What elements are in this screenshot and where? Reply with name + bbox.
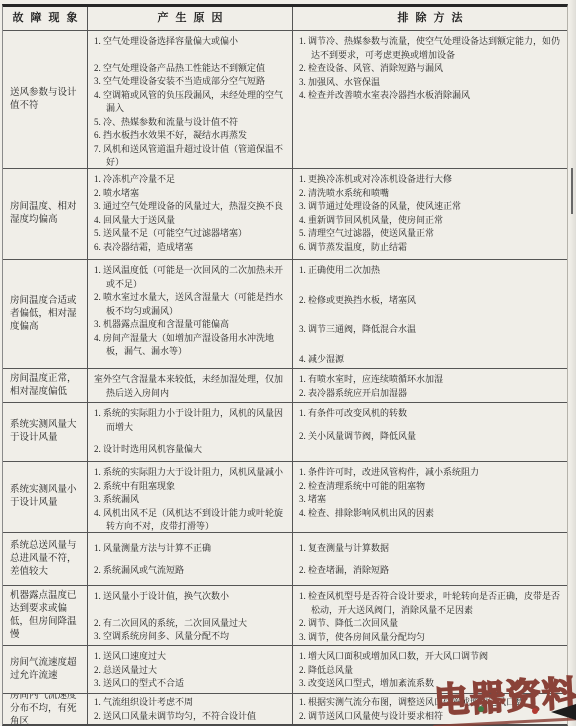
causes-cell: 1. 送风温度低（可能是一次回风的二次加热未开或不足）2. 喷水室过水量大，送风… <box>88 260 293 368</box>
table-row: 送风参数与设计值不符 1. 空气处理设备选择容量偏大或偏小2. 空气处理设备产品… <box>3 31 567 169</box>
fault-cell: 房间内气流速度分布不均，有死角区 <box>3 694 88 724</box>
causes-cell: 1. 空气处理设备选择容量偏大或偏小2. 空气处理设备产品热工性能达不到额定值3… <box>88 31 293 168</box>
fault-cell: 机器露点温度已达到要求或偏低，但房间降温慢 <box>3 586 88 645</box>
fault-cell: 送风参数与设计值不符 <box>3 31 88 168</box>
causes-cell: 1. 风量测量方法与计算不正确2. 系统漏风或气流短路 <box>88 533 293 585</box>
remedies-cell: 1. 调节冷、热媒参数与流量，使空气处理设备达到额定能力，如仍达不到要求，可考虑… <box>293 31 567 168</box>
fault-cell: 房间温度合适或者偏低，相对湿度偏高 <box>3 260 88 368</box>
header-fault: 故障现象 <box>3 7 88 30</box>
header-cause: 产生原因 <box>88 7 293 30</box>
table-row: 系统实测风量小于设计风量 1. 系统的实际阻力大于设计阻力，风机风量减小2. 系… <box>3 462 567 533</box>
header-remedy: 排除方法 <box>293 7 567 30</box>
table-header-row: 故障现象 产生原因 排除方法 <box>3 7 567 31</box>
causes-cell: 1. 送风量小于设计值，换气次数小2. 有二次回风的系统，二次回风量过大3. 空… <box>88 586 293 645</box>
table-row: 系统总送风量与总进风量不符，差值较大 1. 风量测量方法与计算不正确2. 系统漏… <box>3 533 567 586</box>
causes-cell: 1. 气流组织设计考虑不周2. 送风口风量未调节均匀，不符合设计值 <box>88 694 293 724</box>
fault-cell: 房间温度正常，相对湿度偏低 <box>3 369 88 402</box>
causes-cell: 1. 系统的实际阻力小于设计阻力，风机的风量因而增大2. 设计时选用风机容量偏大 <box>88 403 293 461</box>
remedies-cell: 1. 有喷水室时，应连续喷循环水加湿2. 表冷器系统应开启加湿器 <box>293 369 567 402</box>
table-row: 机器露点温度已达到要求或偏低，但房间降温慢 1. 送风量小于设计值，换气次数小2… <box>3 586 567 646</box>
remedies-cell: 1. 更换冷冻机或对冷冻机设备进行大修2. 清洗喷水系统和喷嘴3. 调节通过处理… <box>293 169 567 259</box>
fault-cell: 系统总送风量与总进风量不符，差值较大 <box>3 533 88 585</box>
left-arrow-icon <box>551 704 576 720</box>
watermark-dot-green <box>478 706 484 712</box>
fault-cell: 系统实测风量小于设计风量 <box>3 462 88 532</box>
remedies-cell: 1. 正确使用二次加热2. 检修或更换挡水板，堵塞风3. 调节三通阀，降低混合水… <box>293 260 567 368</box>
causes-cell: 室外空气含湿量本来较低，未经加湿处理，仅加热后送入房间内 <box>88 369 293 402</box>
remedies-cell: 1. 条件许可时，改进风管构件，减小系统阻力2. 检查清理系统中可能的阻塞物3.… <box>293 462 567 532</box>
remedies-cell: 1. 检查风机型号是否符合设计要求，叶轮转向是否正确，皮带是否松动，开大送风阀门… <box>293 586 567 645</box>
fault-cell: 房间温度、相对湿度均偏高 <box>3 169 88 259</box>
table-row: 房间温度合适或者偏低，相对湿度偏高 1. 送风温度低（可能是一次回风的二次加热未… <box>3 260 567 369</box>
table-row: 系统实测风量大于设计风量 1. 系统的实际阻力小于设计阻力，风机的风量因而增大2… <box>3 403 567 462</box>
fault-cell: 系统实测风量大于设计风量 <box>3 403 88 461</box>
table-row: 房间温度、相对湿度均偏高 1. 冷冻机产冷量不足2. 喷水堵塞3. 通过空气处理… <box>3 169 567 260</box>
causes-cell: 1. 送风口速度过大2. 总送风量过大3. 送风口的型式不合适 <box>88 646 293 693</box>
watermark-dot-red <box>532 708 538 714</box>
causes-cell: 1. 冷冻机产冷量不足2. 喷水堵塞3. 通过空气处理设备的风量过大，热湿交换不… <box>88 169 293 259</box>
troubleshooting-table: 故障现象 产生原因 排除方法 送风参数与设计值不符 1. 空气处理设备选择容量偏… <box>2 4 568 726</box>
causes-cell: 1. 系统的实际阻力大于设计阻力，风机风量减小2. 系统中有阻塞现象3. 系统漏… <box>88 462 293 532</box>
remedies-cell: 1. 复查测量与计算数据2. 检查堵漏，消除短路 <box>293 533 567 585</box>
fault-cell: 房间气流速度超过允许流速 <box>3 646 88 693</box>
table-row: 房间温度正常，相对湿度偏低 室外空气含湿量本来较低，未经加湿处理，仅加热后送入房… <box>3 369 567 403</box>
remedies-cell: 1. 有条件可改变风机的转数2. 关小风量调节阀，降低风量 <box>293 403 567 461</box>
scan-artifact-mark <box>571 168 573 214</box>
